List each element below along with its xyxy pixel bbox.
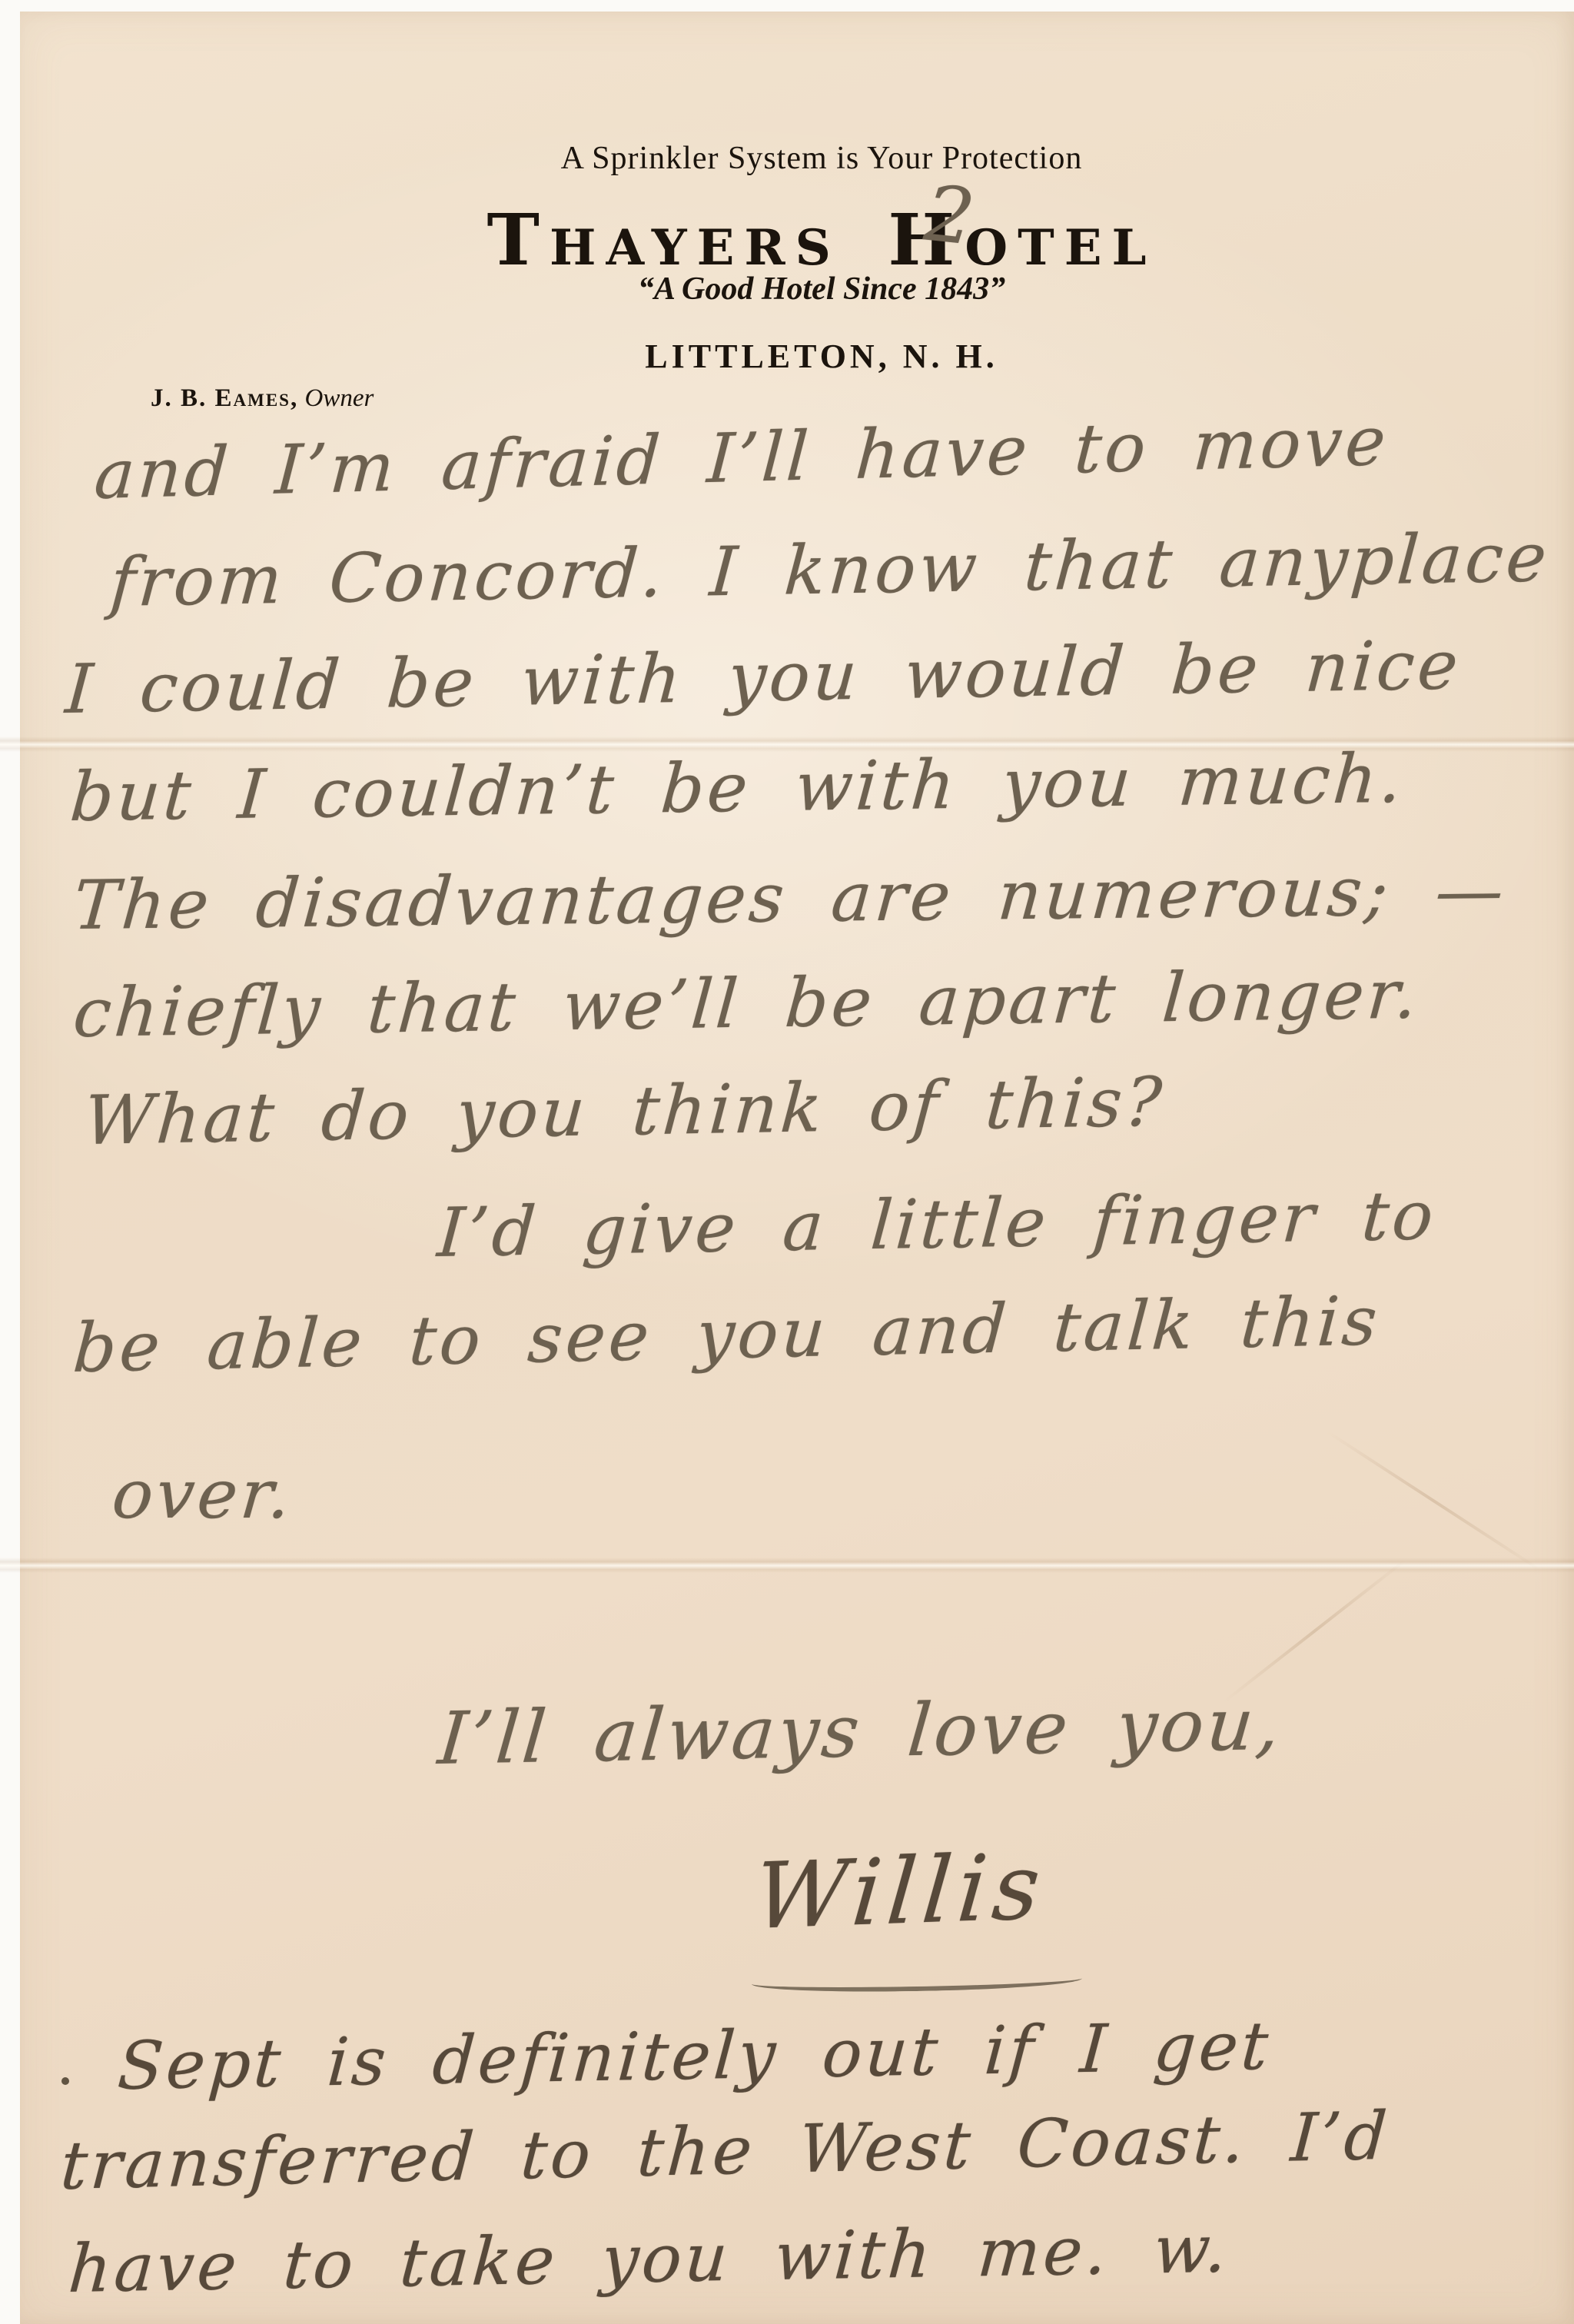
handwritten-page-number: 2 xyxy=(921,168,981,263)
handwritten-line: over. xyxy=(109,1455,297,1534)
letterhead-tagline: “A Good Hotel Since 1843” xyxy=(69,271,1574,308)
letterhead-owner: J. B. Eames, Owner xyxy=(151,384,374,413)
letterhead-slogan: A Sprinkler System is Your Protection xyxy=(69,140,1574,177)
hotel-name-word-1: Thayers xyxy=(487,198,841,281)
handwritten-line: The disadvantages are numerous; — xyxy=(71,850,1509,945)
letterhead-location: LITTLETON, N. H. xyxy=(69,337,1574,376)
scanned-letter-page: A Sprinkler System is Your Protection Th… xyxy=(0,0,1574,2324)
signature: Willis xyxy=(750,1833,1051,1950)
owner-title: Owner xyxy=(304,384,374,412)
stray-ink-dot xyxy=(61,2077,69,2085)
closing-line: I’ll always love you, xyxy=(435,1683,1287,1781)
letterhead-hotel-name: Thayers Hotel xyxy=(69,198,1574,281)
owner-name: J. B. Eames, xyxy=(151,384,298,412)
